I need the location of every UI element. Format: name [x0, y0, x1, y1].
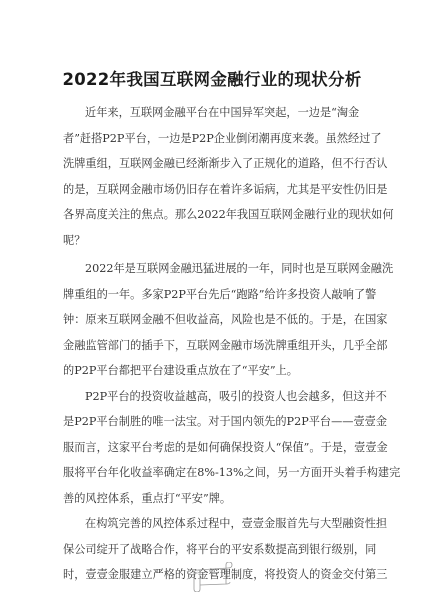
text-line: 的P2P平台都把平台建设重点放在了“平安”上。: [63, 358, 361, 384]
text-line: 金融监管部门的插手下，互联网金融市场洗牌重组开头，几乎全部: [63, 333, 361, 359]
document-title: 2022年我国互联网金融行业的现状分析: [0, 66, 424, 90]
text-line: 近年来，互联网金融平台在中国异军突起，一边是“淘金: [63, 100, 361, 126]
paragraph-group-intro: 近年来，互联网金融平台在中国异军突起，一边是“淘金者”赶搭P2P平台，一边是P2…: [63, 100, 361, 253]
text-line: 洗牌重组，互联网金融已经渐渐步入了正规化的道路，但不行否认: [63, 151, 361, 177]
page-footer: 1: [190, 562, 234, 592]
document-page: 2022年我国互联网金融行业的现状分析 近年来，互联网金融平台在中国异军突起，一…: [0, 0, 424, 600]
text-line: 善的风控体系，重点打“平安”牌。: [63, 486, 361, 512]
text-line: 各界高度关注的焦点。那么2022年我国互联网金融行业的现状如何: [63, 202, 361, 228]
text-line: 牌重组的一年。多家P2P平台先后“跑路”给许多投资人敲响了警: [63, 282, 361, 308]
text-line: 服将平台年化收益率确定在8%-13%之间，另一方面开头着手构建完: [63, 460, 361, 486]
page-number: 1: [190, 570, 234, 578]
text-line: 者”赶搭P2P平台，一边是P2P企业倒闭潮再度来袭。虽然经过了: [63, 126, 361, 152]
text-line: 服而言，这家平台考虑的是如何确保投资人“保值”。于是，壹壹金: [63, 435, 361, 461]
text-line: 的是，互联网金融市场仍旧存在着许多诟病，尤其是平安性仍旧是: [63, 177, 361, 203]
text-line: 2022年是互联网金融迅猛进展的一年，同时也是互联网金融洗: [63, 256, 361, 282]
text-line: P2P平台的投资收益越高，吸引的投资人也会越多，但这并不: [63, 384, 361, 410]
text-line: 在构筑完善的风控体系过程中，壹壹金服首先与大型融资性担: [63, 511, 361, 537]
text-line: 呢？: [63, 228, 361, 254]
text-line: 是P2P平台制胜的唯一法宝。对于国内领先的P2P平台——壹壹金: [63, 409, 361, 435]
paragraph-group-body: 2022年是互联网金融迅猛进展的一年，同时也是互联网金融洗牌重组的一年。多家P2…: [63, 256, 361, 588]
text-line: 钟：原来互联网金融不但收益高，风险也是不低的。于是，在国家: [63, 307, 361, 333]
text-line: 保公司绽开了战略合作，将平台的平安系数提高到银行级别，同: [63, 537, 361, 563]
